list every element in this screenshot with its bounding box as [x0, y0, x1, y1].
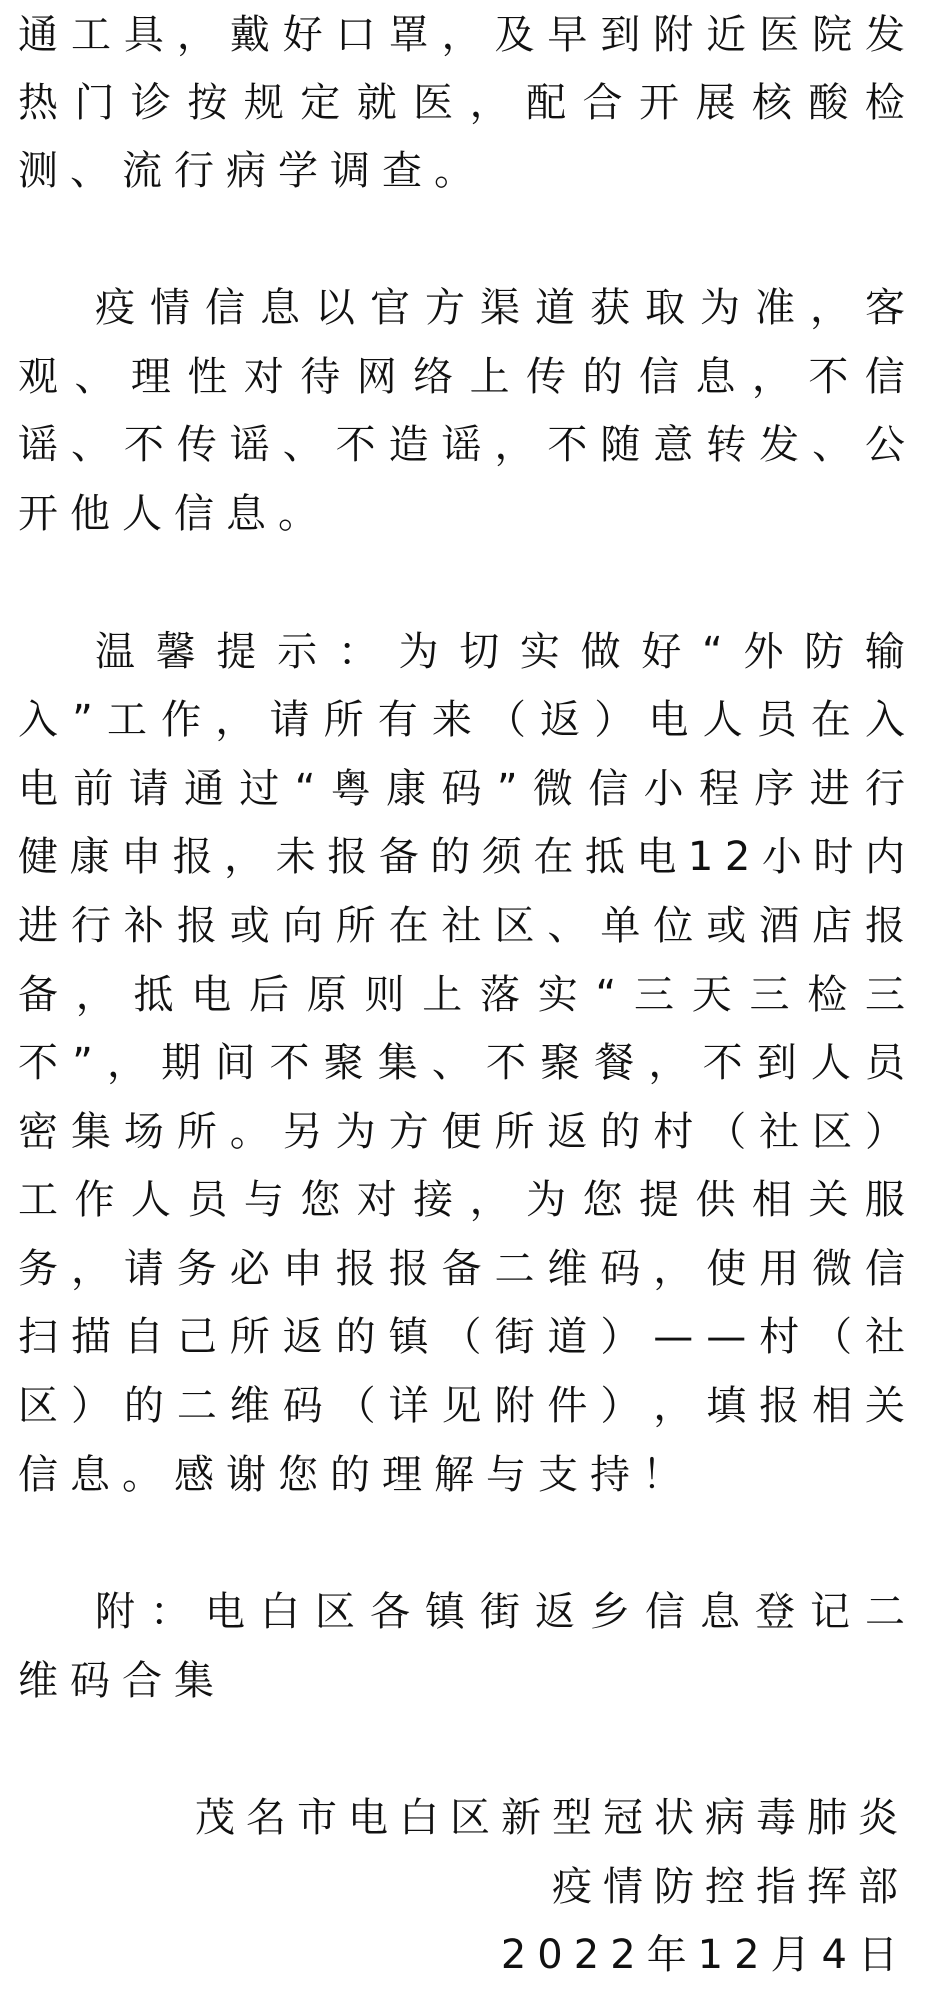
paragraph-line: 观、理性对待网络上传的信息，不信: [18, 343, 905, 411]
paragraph-first-line: 温馨提示：为切实做好“外防输: [18, 618, 905, 686]
paragraph-first-line: 疫情信息以官方渠道获取为准，客: [18, 274, 905, 342]
paragraph-line: 入”工作，请所有来（返）电人员在入: [18, 686, 905, 754]
paragraph-line: 区）的二维码（详见附件），填报相关: [18, 1372, 905, 1440]
paragraph-line: 工作人员与您对接，为您提供相关服: [18, 1166, 905, 1234]
paragraph-line: 通工具，戴好口罩，及早到附近医院发: [18, 1, 905, 69]
paragraph-line: 热门诊按规定就医，配合开展核酸检: [18, 69, 905, 137]
signature-date: 2022年12月4日: [18, 1921, 909, 1989]
attachment-note: 附：电白区各镇街返乡信息登记二: [18, 1578, 905, 1646]
paragraph-line: 进行补报或向所在社区、单位或酒店报: [18, 892, 905, 960]
paragraph-line: 备，抵电后原则上落实“三天三检三: [18, 961, 905, 1029]
paragraph-line: 不”，期间不聚集、不聚餐，不到人员: [18, 1029, 905, 1097]
paragraph-line: 开他人信息。: [18, 480, 905, 548]
paragraph-line: 测、流行病学调查。: [18, 137, 905, 205]
document-page: 通工具，戴好口罩，及早到附近医院发 热门诊按规定就医，配合开展核酸检 测、流行病…: [0, 0, 935, 2000]
paragraph-line: 谣、不传谣、不造谣，不随意转发、公: [18, 411, 905, 479]
paragraph-line: 务，请务必申报报备二维码，使用微信: [18, 1235, 905, 1303]
paragraph-line: 密集场所。另为方便所返的村（社区）: [18, 1098, 905, 1166]
attachment-note: 维码合集: [18, 1647, 905, 1715]
signature-organization: 茂名市电白区新型冠状病毒肺炎: [18, 1784, 909, 1852]
paragraph-line: 电前请通过“粤康码”微信小程序进行: [18, 755, 905, 823]
signature-organization: 疫情防控指挥部: [18, 1853, 909, 1921]
paragraph-line: 健康申报，未报备的须在抵电12小时内: [18, 823, 905, 891]
paragraph-line: 扫描自己所返的镇（街道）——村（社: [18, 1303, 905, 1371]
paragraph-line: 信息。感谢您的理解与支持！: [18, 1441, 905, 1509]
